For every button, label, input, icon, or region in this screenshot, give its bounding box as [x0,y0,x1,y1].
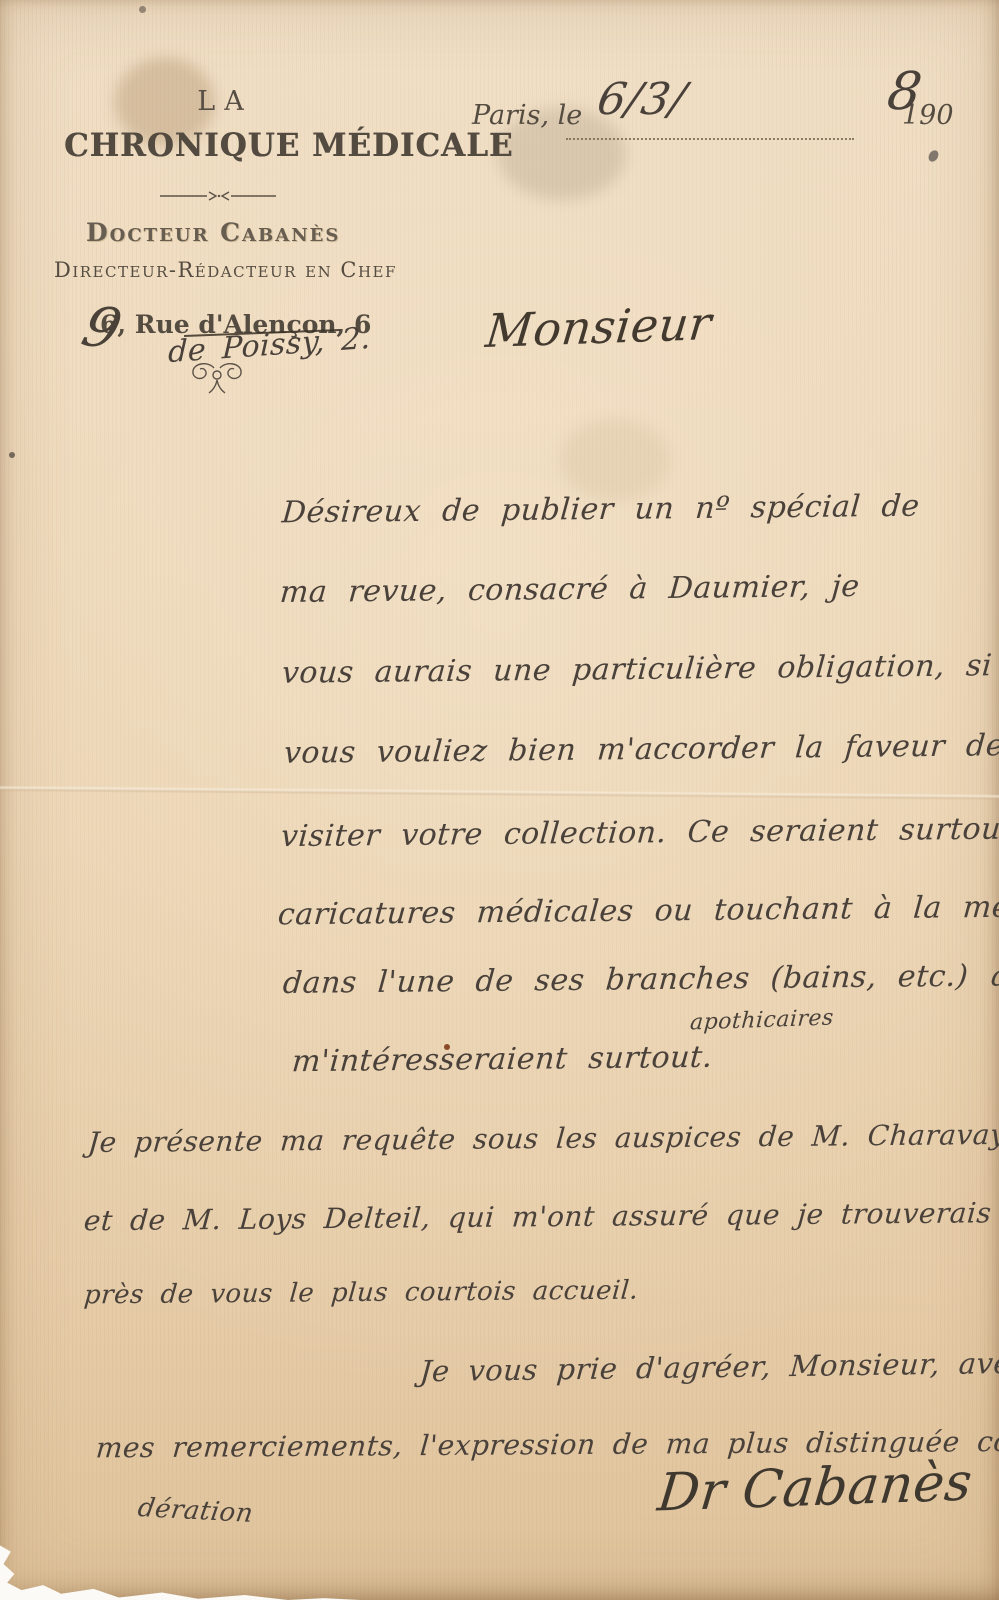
letterhead-article: LA [170,86,280,117]
body-line: ma revue, consacré à Daumier, je [279,569,861,610]
ink-speck [927,149,941,164]
fold-crease [0,787,999,800]
fleuron-ornament-icon [184,360,250,396]
paper-stain [560,420,670,500]
body-line: Désireux de publier un nº spécial de [281,489,921,531]
letterhead-role: Directeur-Rédacteur en Chef [54,258,397,282]
body-line: m'intéresseraient surtout. [291,1040,714,1079]
body-line: vous aurais une particulière obligation,… [281,648,994,690]
body-line: caricatures médicales ou touchant à la m… [277,889,999,933]
body-line: visiter votre collection. Ce seraient su… [280,811,999,854]
letterhead-doctor-name: Docteur Cabanès [86,218,340,247]
body-line: et de M. Loys Delteil, qui m'ont assuré … [83,1196,999,1237]
handwritten-date: 6/3/ [594,74,691,125]
letterhead-title: CHRONIQUE MÉDICALE [64,126,514,164]
ink-speck [139,6,146,13]
body-line: vous vouliez bien m'accorder la faveur d… [283,728,999,771]
body-line: dans l'une de ses branches (bains, etc.)… [282,958,999,1001]
ink-speck [9,452,15,458]
interlinear-insertion: apothicaires [689,1005,834,1035]
body-line: Je présente ma requête sous les auspices… [87,1118,999,1159]
closing-line: Je vous prie d'agréer, Monsieur, avec [419,1346,999,1389]
salutation: Monsieur [483,296,714,358]
torn-edge [0,1538,360,1600]
closing-line: dération [136,1493,256,1529]
scanned-letter-page: LA CHRONIQUE MÉDICALE Docteur Cabanès Di… [0,0,999,1600]
divider-ornament-icon [158,188,278,202]
signature: Dr Cabanès [655,1452,975,1523]
body-line: près de vous le plus courtois accueil. [83,1276,640,1311]
